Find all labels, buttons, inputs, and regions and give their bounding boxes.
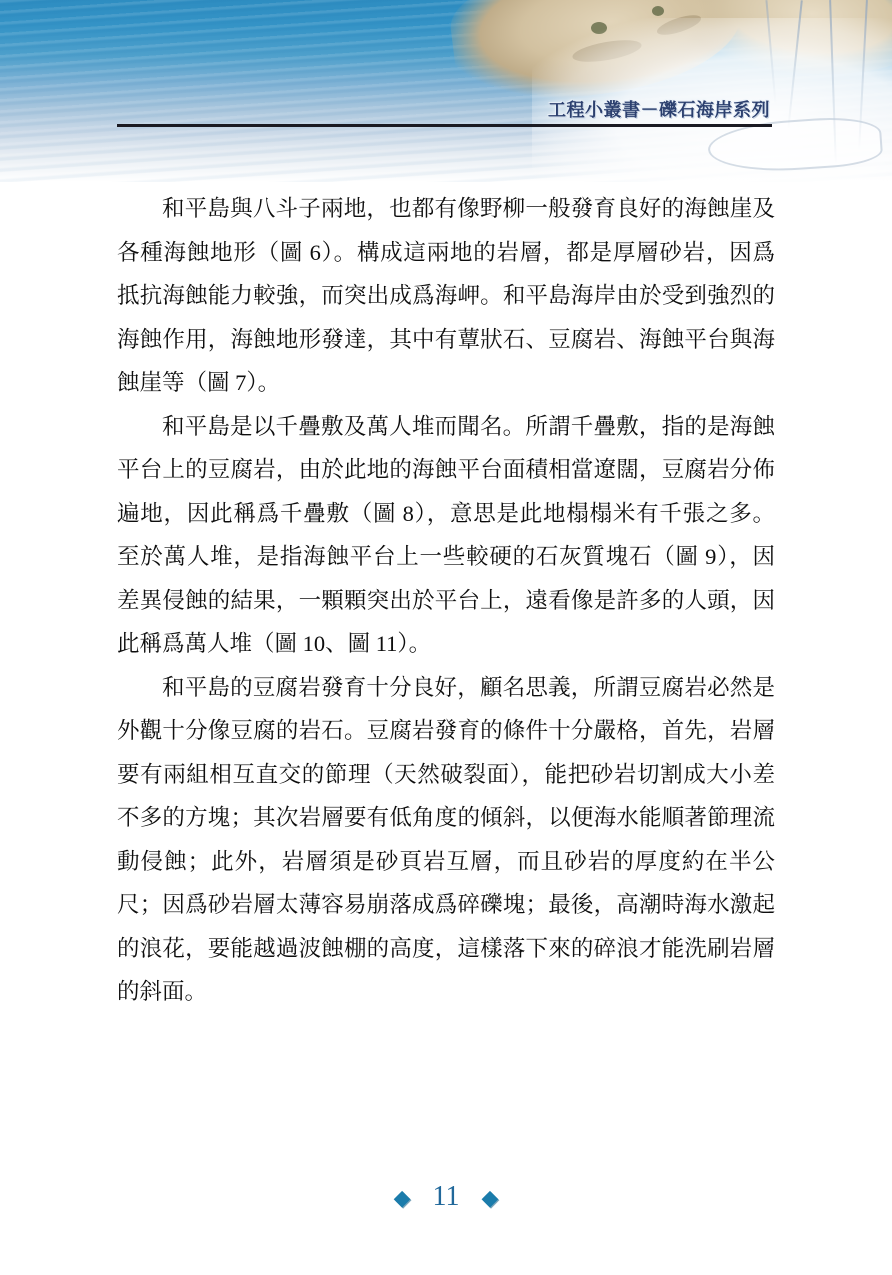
text-line: 蝕崖等（圖 7）。 — [117, 361, 775, 405]
paragraph: 和平島與八斗子兩地，也都有像野柳一般發育良好的海蝕崖及 各種海蝕地形（圖 6）。… — [117, 187, 775, 405]
text-line: 的浪花，要能越過波蝕棚的高度，這樣落下來的碎浪才能洗刷岩層 — [117, 927, 775, 971]
diamond-icon: ◆ — [394, 1188, 411, 1210]
text-line: 至於萬人堆，是指海蝕平台上一些較硬的石灰質塊石（圖 9），因 — [117, 535, 775, 579]
body-text: 和平島與八斗子兩地，也都有像野柳一般發育良好的海蝕崖及 各種海蝕地形（圖 6）。… — [117, 187, 775, 1014]
header-photo — [0, 0, 892, 182]
text-line: 和平島的豆腐岩發育十分良好，顧名思義，所謂豆腐岩必然是 — [117, 666, 775, 710]
text-line: 不多的方塊；其次岩層要有低角度的傾斜，以便海水能順著節理流 — [117, 796, 775, 840]
text-line: 遍地，因此稱爲千疊敷（圖 8），意思是此地榻榻米有千張之多。 — [117, 492, 775, 536]
text-line: 和平島是以千疊敷及萬人堆而聞名。所謂千疊敷，指的是海蝕 — [117, 405, 775, 449]
text-line: 平台上的豆腐岩，由於此地的海蝕平台面積相當遼闊，豆腐岩分佈 — [117, 448, 775, 492]
paragraph: 和平島是以千疊敷及萬人堆而聞名。所謂千疊敷，指的是海蝕 平台上的豆腐岩，由於此地… — [117, 405, 775, 666]
text-line: 此稱爲萬人堆（圖 10、圖 11）。 — [117, 622, 775, 666]
page-number: 11 — [425, 1182, 468, 1216]
page-footer: ◆ 11 ◆ — [0, 1181, 892, 1217]
text-line: 和平島與八斗子兩地，也都有像野柳一般發育良好的海蝕崖及 — [117, 187, 775, 231]
text-line: 要有兩組相互直交的節理（天然破裂面），能把砂岩切割成大小差 — [117, 753, 775, 797]
text-line: 外觀十分像豆腐的岩石。豆腐岩發育的條件十分嚴格，首先，岩層 — [117, 709, 775, 753]
series-title: 工程小叢書－礫石海岸系列 — [548, 100, 770, 120]
paragraph: 和平島的豆腐岩發育十分良好，顧名思義，所謂豆腐岩必然是 外觀十分像豆腐的岩石。豆… — [117, 666, 775, 1014]
rock-vegetation — [652, 6, 664, 16]
diamond-icon: ◆ — [481, 1188, 498, 1210]
text-line: 動侵蝕；此外，岩層須是砂頁岩互層，而且砂岩的厚度約在半公 — [117, 840, 775, 884]
text-line: 的斜面。 — [117, 970, 775, 1014]
text-line: 各種海蝕地形（圖 6）。構成這兩地的岩層，都是厚層砂岩，因爲 — [117, 231, 775, 275]
title-underline-rule — [117, 124, 772, 127]
text-line: 尺；因爲砂岩層太薄容易崩落成爲碎礫塊；最後，高潮時海水激起 — [117, 883, 775, 927]
text-line: 差異侵蝕的結果，一顆顆突出於平台上，遠看像是許多的人頭，因 — [117, 579, 775, 623]
document-page: { "document": { "header": { "series_titl… — [0, 0, 892, 1275]
text-line: 海蝕作用，海蝕地形發達，其中有蕈狀石、豆腐岩、海蝕平台與海 — [117, 318, 775, 362]
text-line: 抵抗海蝕能力較強，而突出成爲海岬。和平島海岸由於受到強烈的 — [117, 274, 775, 318]
